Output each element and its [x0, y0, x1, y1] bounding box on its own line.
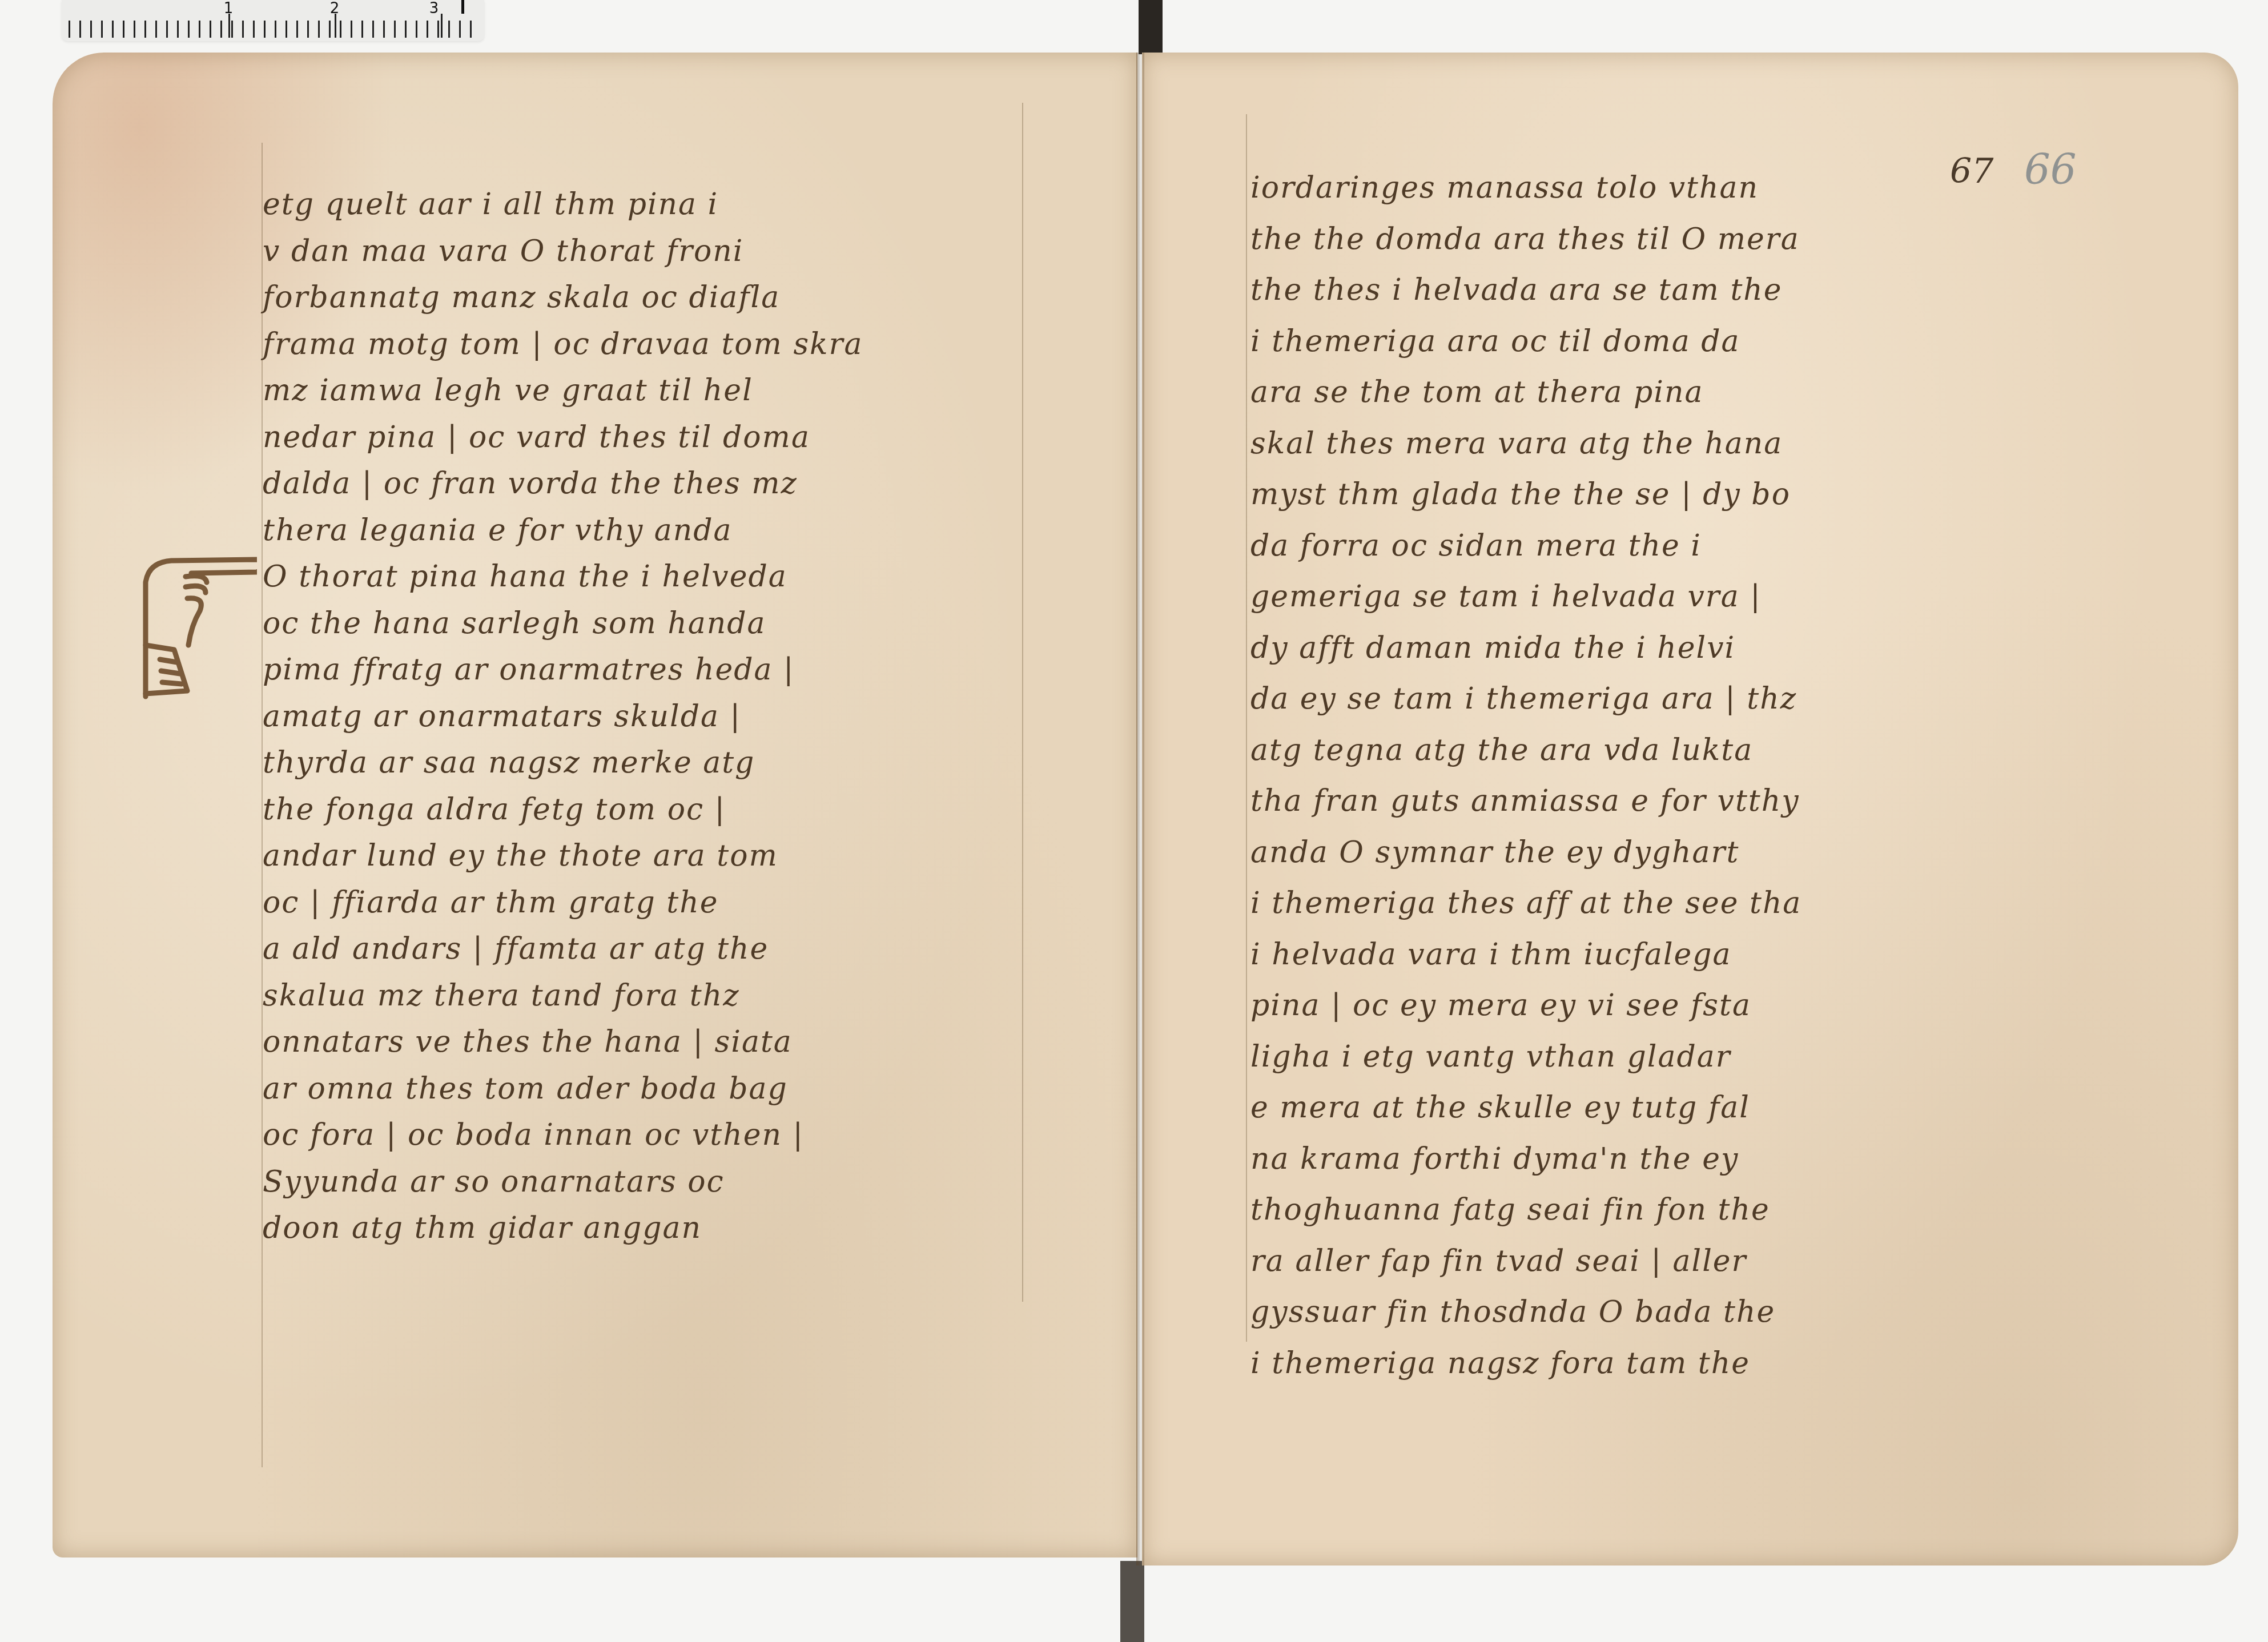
ruler-major-tick-1	[228, 14, 230, 38]
right-line-15: i themeriga thes aff at the see tha	[1250, 878, 2044, 929]
right-line-7: myst thm glada the the se | dy bo	[1250, 469, 2044, 521]
left-line-16: oc | ffiarda ar thm gratg the	[263, 880, 1011, 927]
right-line-16: i helvada vara i thm iucfalega	[1250, 929, 2044, 981]
right-page-ruling-left	[1246, 114, 1247, 1342]
left-line-21: oc fora | oc boda innan oc vthen |	[263, 1112, 1011, 1159]
left-line-22: Syyunda ar so onarnatars oc	[263, 1159, 1011, 1206]
left-line-23: doon atg thm gidar anggan	[263, 1205, 1011, 1252]
right-line-14: anda O symnar the ey dyghart	[1250, 827, 2044, 879]
left-line-10: oc the hana sarlegh som handa	[263, 601, 1011, 647]
spine-strap-top	[1139, 0, 1163, 54]
right-line-9: gemeriga se tam i helvada vra |	[1250, 572, 2044, 623]
spine-strap-bottom	[1120, 1561, 1144, 1642]
right-line-12: atg tegna atg the ara vda lukta	[1250, 725, 2044, 776]
left-line-20: ar omna thes tom ader boda bag	[263, 1066, 1011, 1113]
right-line-11: da ey se tam i themeriga ara | thz	[1250, 674, 2044, 725]
right-line-6: skal thes mera vara atg the hana	[1250, 418, 2044, 470]
right-line-8: da forra oc sidan mera the i	[1250, 521, 2044, 572]
left-line-18: skalua mz thera tand fora thz	[263, 973, 1011, 1020]
left-line-5: mz iamwa legh ve graat til hel	[263, 368, 1011, 414]
ruler-ticks	[69, 21, 480, 38]
left-line-13: thyrda ar saa nagsz merke atg	[263, 740, 1011, 787]
ruler-label-2: 2	[330, 0, 340, 17]
right-line-13: tha fran guts anmiassa e for vtthy	[1250, 776, 2044, 827]
ruler-end-mark	[461, 0, 464, 14]
left-page-ruling-right	[1022, 103, 1023, 1302]
left-line-6: nedar pina | oc vard thes til doma	[263, 414, 1011, 461]
left-line-2: v dan maa vara O thorat froni	[263, 228, 1011, 275]
book-gutter	[1136, 53, 1144, 1565]
right-line-2: the the domda ara thes til O mera	[1250, 214, 2044, 265]
right-line-23: gyssuar fin thosdnda O bada the	[1250, 1287, 2044, 1338]
left-line-8: thera legania e for vthy anda	[263, 508, 1011, 554]
right-line-20: na krama forthi dyma'n the ey	[1250, 1134, 2044, 1185]
left-line-3: forbannatg manz skala oc diafla	[263, 275, 1011, 321]
left-line-14: the fonga aldra fetg tom oc |	[263, 787, 1011, 834]
scale-ruler: 1 2 3	[62, 0, 484, 41]
left-line-15: andar lund ey the thote ara tom	[263, 833, 1011, 880]
right-line-18: ligha i etg vantg vthan gladar	[1250, 1032, 2044, 1083]
right-line-17: pina | oc ey mera ey vi see fsta	[1250, 980, 2044, 1032]
ruler-major-tick-2	[335, 14, 336, 38]
right-line-22: ra aller fap fin tvad seai | aller	[1250, 1236, 2044, 1287]
ruler-label-3: 3	[429, 0, 439, 17]
left-line-4: frama motg tom | oc dravaa tom skra	[263, 321, 1011, 368]
manicule-icon	[120, 548, 257, 702]
left-line-11: pima ffratg ar onarmatres heda |	[263, 647, 1011, 694]
left-line-12: amatg ar onarmatars skulda |	[263, 694, 1011, 740]
right-line-3: the thes i helvada ara se tam the	[1250, 265, 2044, 316]
right-line-21: thoghuanna fatg seai fin fon the	[1250, 1185, 2044, 1236]
ruler-major-tick-3	[441, 14, 443, 38]
right-line-10: dy afft daman mida the i helvi	[1250, 623, 2044, 674]
right-line-1: iordaringes manassa tolo vthan	[1250, 163, 2044, 214]
left-line-7: dalda | oc fran vorda the thes mz	[263, 461, 1011, 508]
right-line-24: i themeriga nagsz fora tam the	[1250, 1338, 2044, 1390]
left-line-1: etg quelt aar i all thm pina i	[263, 182, 1011, 228]
ruler-label-1: 1	[224, 0, 234, 17]
left-line-17: a ald andars | ffamta ar atg the	[263, 926, 1011, 973]
left-line-19: onnatars ve thes the hana | siata	[263, 1019, 1011, 1066]
left-line-9: O thorat pina hana the i helveda	[263, 554, 1011, 601]
right-line-19: e mera at the skulle ey tutg fal	[1250, 1082, 2044, 1134]
right-page-text: iordaringes manassa tolo vthan the the d…	[1250, 163, 2044, 1389]
right-line-5: ara se the tom at thera pina	[1250, 367, 2044, 418]
left-page-text: etg quelt aar i all thm pina i v dan maa…	[263, 182, 1011, 1252]
right-line-4: i themeriga ara oc til doma da	[1250, 316, 2044, 368]
